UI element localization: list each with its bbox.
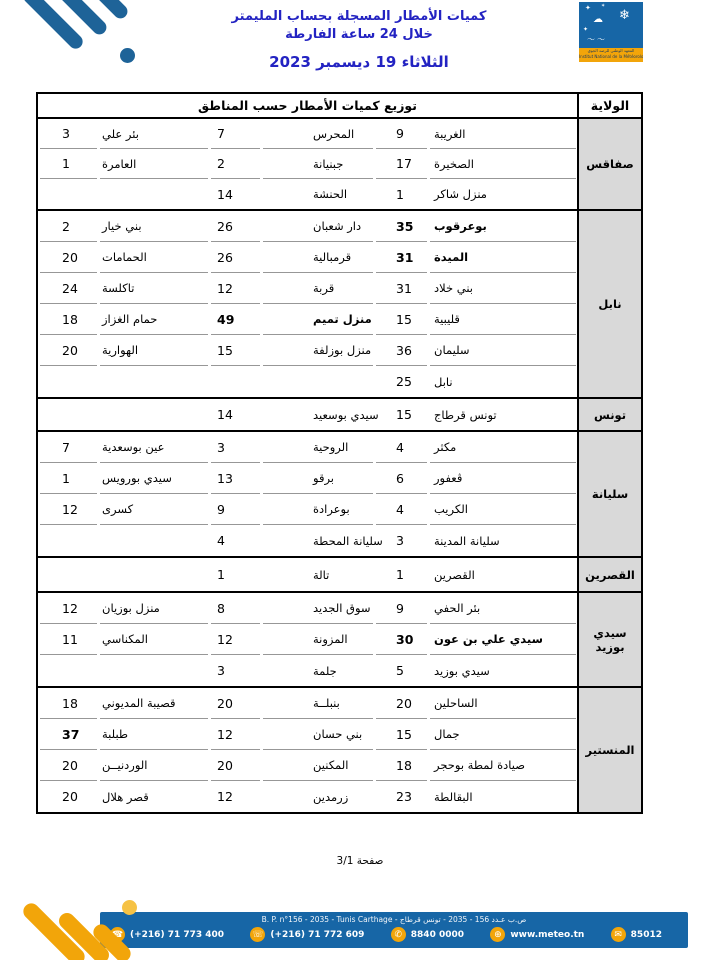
region-name: طبلبة: [100, 719, 208, 750]
inm-band-line-fr: Institut National de la Météorologie: [579, 54, 643, 60]
table-row: الصخيرة17جبنيانة2العامرة1: [38, 149, 577, 179]
rainfall-value: 15: [211, 335, 260, 366]
rainfall-value: 15: [376, 399, 427, 430]
rainfall-value: 12: [211, 719, 260, 750]
region-name: سليانة المدينة: [430, 525, 576, 556]
region-name: البقالطة: [430, 781, 576, 812]
region-name: بني حسان: [263, 719, 373, 750]
region-name: الروحية: [263, 432, 373, 463]
brand-stripes-orange-icon: [26, 898, 156, 960]
wave-icon: 〜〜: [587, 34, 607, 45]
rainfall-value: 25: [376, 366, 427, 397]
rainfall-value: 18: [40, 304, 97, 335]
globe-icon: ⊕: [490, 927, 505, 942]
region-name: الكريب: [430, 494, 576, 525]
rainfall-value: 12: [40, 494, 97, 525]
rainfall-value: 23: [376, 781, 427, 812]
cloud-icon: ☁: [593, 14, 603, 25]
stripe-dot: [120, 48, 135, 63]
stripe-dot: [122, 900, 137, 915]
rainfall-value: 1: [40, 463, 97, 494]
rainfall-value: 20: [40, 335, 97, 366]
rainfall-value: 12: [211, 273, 260, 304]
region-name: الهوارية: [100, 335, 208, 366]
rainfall-value: 9: [376, 119, 427, 149]
region-name: زرمدين: [263, 781, 373, 812]
wilaya-column-header: الولاية: [577, 94, 641, 117]
table-row: مكثر4الروحية3عين بوسعدية7: [38, 432, 577, 463]
wilaya-section: سيدي بوزيدبئر الحفي9سوق الجديد8منزل بوزي…: [38, 591, 641, 686]
rainfall-value: 4: [211, 525, 260, 556]
region-name: الحمامات: [100, 242, 208, 273]
document-header: كميات الأمطار المسجلة بحساب المليمتر خلا…: [179, 8, 539, 71]
title-line-1: كميات الأمطار المسجلة بحساب المليمتر: [179, 8, 539, 26]
rainfall-value: 20: [211, 688, 260, 719]
star-icon: ✦: [585, 4, 591, 12]
region-name: [100, 366, 208, 397]
rainfall-value: 20: [40, 781, 97, 812]
region-name: المكناسي: [100, 624, 208, 655]
region-name: الوردنيــن: [100, 750, 208, 781]
rainfall-value: 6: [376, 463, 427, 494]
rainfall-value: 2: [40, 211, 97, 242]
contact-text: www.meteo.tn: [510, 930, 584, 940]
wilaya-cell: المنستير: [577, 688, 641, 812]
region-name: تالة: [263, 558, 373, 591]
region-name: الميدة: [430, 242, 576, 273]
table-row: الغريبة9المحرس7بئر علي3: [38, 119, 577, 149]
rainfall-value: [40, 399, 97, 430]
region-name: العامرة: [100, 149, 208, 179]
address-line: B. P. n°156 - 2035 - Tunis Carthage - ص.…: [100, 912, 688, 924]
region-name: الغريبة: [430, 119, 576, 149]
rainfall-value: 31: [376, 242, 427, 273]
rainfall-value: 30: [376, 624, 427, 655]
page-number: صفحة 3/1: [300, 855, 420, 867]
rainfall-value: 4: [376, 494, 427, 525]
wilaya-section: نابلبوعرقوب35دار شعبان26بني خيار2الميدة3…: [38, 209, 641, 397]
region-name: منزل بوزيان: [100, 593, 208, 624]
rainfall-value: 36: [376, 335, 427, 366]
region-name: سيدي علي بن عون: [430, 624, 576, 655]
rainfall-value: 11: [40, 624, 97, 655]
region-name: بني خيار: [100, 211, 208, 242]
rainfall-value: 18: [376, 750, 427, 781]
rainfall-value: 18: [40, 688, 97, 719]
call-center-icon: ✆: [391, 927, 406, 942]
region-name: تاكلسة: [100, 273, 208, 304]
region-name: بئر علي: [100, 119, 208, 149]
rainfall-value: 31: [376, 273, 427, 304]
rainfall-value: 17: [376, 149, 427, 179]
region-name: ڨعفور: [430, 463, 576, 494]
rainfall-value: [40, 179, 97, 209]
rainfall-value: 8: [211, 593, 260, 624]
rainfall-value: 12: [211, 624, 260, 655]
rainfall-value: 1: [40, 149, 97, 179]
region-name: سيدي بوسعيد: [263, 399, 373, 430]
rainfall-value: 15: [376, 304, 427, 335]
region-name: قرمبالية: [263, 242, 373, 273]
title-line-2: خلال 24 ساعة الفارطة: [179, 26, 539, 44]
contacts-row: ☎(+216) 71 773 400☏(+216) 71 772 609✆884…: [100, 924, 688, 942]
table-row: الكريب4بوعرادة9كسرى12: [38, 494, 577, 525]
table-title: توزيع كميات الأمطار حسب المناطق: [38, 98, 577, 113]
rainfall-value: 26: [211, 211, 260, 242]
region-name: منزل تميم: [263, 304, 373, 335]
region-name: [100, 525, 208, 556]
rainfall-value: [211, 366, 260, 397]
table-row: ڨعفور6برقو13سيدي بورويس1: [38, 463, 577, 494]
region-name: قصيبة المديوني: [100, 688, 208, 719]
rainfall-value: 35: [376, 211, 427, 242]
table-row: صيادة لمطة بوحجر18المكنين20الوردنيــن20: [38, 750, 577, 781]
rainfall-value: 2: [211, 149, 260, 179]
region-name: قربة: [263, 273, 373, 304]
region-name: مكثر: [430, 432, 576, 463]
inm-logo-emblem: ✦ ❄ ✶ ☁ ✦ 〜〜: [579, 2, 643, 48]
contact-text: (+216) 71 772 609: [270, 930, 364, 940]
region-name: منزل شاكر: [430, 179, 576, 209]
region-name: [100, 399, 208, 430]
region-name: قصر هلال: [100, 781, 208, 812]
rainfall-value: 4: [376, 432, 427, 463]
rainfall-value: 49: [211, 304, 260, 335]
rainfall-value: 3: [211, 655, 260, 686]
wilaya-section: القصرينالقصرين1تالة1: [38, 556, 641, 591]
rainfall-value: 12: [211, 781, 260, 812]
region-name: برقو: [263, 463, 373, 494]
wilaya-section: صفاقسالغريبة9المحرس7بئر علي3الصخيرة17جبن…: [38, 119, 641, 209]
table-row: البقالطة23زرمدين12قصر هلال20: [38, 781, 577, 812]
region-name: بئر الحفي: [430, 593, 576, 624]
rainfall-value: 13: [211, 463, 260, 494]
rainfall-value: [40, 525, 97, 556]
contact-item: ☏(+216) 71 772 609: [250, 927, 364, 942]
region-name: دار شعبان: [263, 211, 373, 242]
region-name: المكنين: [263, 750, 373, 781]
brand-stripes-icon: [28, 0, 158, 76]
wilaya-cell: القصرين: [577, 558, 641, 591]
rainfall-value: 3: [376, 525, 427, 556]
region-name: المحرس: [263, 119, 373, 149]
fax-icon: ☏: [250, 927, 265, 942]
rainfall-value: 14: [211, 179, 260, 209]
wilaya-section: المنستيرالساحلين20بنبلــة20قصيبة المديون…: [38, 686, 641, 812]
region-name: تونس قرطاج: [430, 399, 576, 430]
region-name: سيدي بورويس: [100, 463, 208, 494]
contact-item: ✉85012: [611, 927, 662, 942]
footer-bar: B. P. n°156 - 2035 - Tunis Carthage - ص.…: [100, 912, 688, 948]
region-name: [100, 179, 208, 209]
inm-logo-band: المعهد الوطني للرصد الجوي Institut Natio…: [579, 48, 643, 62]
rainfall-value: 9: [211, 494, 260, 525]
region-name: بنبلــة: [263, 688, 373, 719]
wilaya-cell: صفاقس: [577, 119, 641, 209]
rainfall-value: [40, 655, 97, 686]
region-name: بني خلاد: [430, 273, 576, 304]
region-name: [263, 366, 373, 397]
region-name: جلمة: [263, 655, 373, 686]
table-row: الساحلين20بنبلــة20قصيبة المديوني18: [38, 688, 577, 719]
region-name: حمام الغزاز: [100, 304, 208, 335]
rainfall-bulletin-page: كميات الأمطار المسجلة بحساب المليمتر خلا…: [0, 0, 718, 960]
table-header-row: الولاية توزيع كميات الأمطار حسب المناطق: [38, 94, 641, 119]
rainfall-value: 20: [211, 750, 260, 781]
region-name: منزل بوزلفة: [263, 335, 373, 366]
rainfall-table: الولاية توزيع كميات الأمطار حسب المناطق …: [36, 92, 643, 814]
table-row: سليمان36منزل بوزلفة15الهوارية20: [38, 335, 577, 366]
table-row: بني خلاد31قربة12تاكلسة24: [38, 273, 577, 304]
region-name: بوعرادة: [263, 494, 373, 525]
wilaya-cell: سيدي بوزيد: [577, 593, 641, 686]
star-icon: ✶: [601, 3, 605, 9]
rainfall-value: 5: [376, 655, 427, 686]
sms-icon: ✉: [611, 927, 626, 942]
table-row: القصرين1تالة1: [38, 558, 577, 591]
region-name: الحنشة: [263, 179, 373, 209]
region-name: جبنيانة: [263, 149, 373, 179]
region-name: قليبية: [430, 304, 576, 335]
wilaya-cell: سليانة: [577, 432, 641, 556]
rainfall-value: 7: [211, 119, 260, 149]
table-row: نابل25: [38, 366, 577, 397]
table-row: سيدي علي بن عون30المزونة12المكناسي11: [38, 624, 577, 655]
table-row: جمال15بني حسان12طبلبة37: [38, 719, 577, 750]
rainfall-value: 3: [211, 432, 260, 463]
date-line: الثلاثاء 19 ديسمبر 2023: [179, 53, 539, 71]
table-body: صفاقسالغريبة9المحرس7بئر علي3الصخيرة17جبن…: [38, 119, 641, 812]
table-row: منزل شاكر1الحنشة14: [38, 179, 577, 209]
rainfall-value: [40, 558, 97, 591]
region-name: بوعرقوب: [430, 211, 576, 242]
contact-text: 85012: [631, 930, 662, 940]
region-name: سيدي بوزيد: [430, 655, 576, 686]
rainfall-value: 20: [40, 750, 97, 781]
rainfall-value: 1: [211, 558, 260, 591]
rainfall-value: 3: [40, 119, 97, 149]
wilaya-section: تونستونس قرطاج15سيدي بوسعيد14: [38, 397, 641, 430]
table-row: بئر الحفي9سوق الجديد8منزل بوزيان12: [38, 593, 577, 624]
region-name: الصخيرة: [430, 149, 576, 179]
region-name: سوق الجديد: [263, 593, 373, 624]
contact-text: 8840 0000: [411, 930, 464, 940]
region-name: [100, 655, 208, 686]
table-row: سليانة المدينة3سليانة المحطة4: [38, 525, 577, 556]
region-name: جمال: [430, 719, 576, 750]
table-row: سيدي بوزيد5جلمة3: [38, 655, 577, 686]
wilaya-cell: نابل: [577, 211, 641, 397]
star-icon: ✦: [583, 26, 588, 33]
rainfall-value: 7: [40, 432, 97, 463]
rainfall-value: 20: [376, 688, 427, 719]
rainfall-value: 1: [376, 179, 427, 209]
region-name: المزونة: [263, 624, 373, 655]
inm-logo: ✦ ❄ ✶ ☁ ✦ 〜〜 المعهد الوطني للرصد الجوي I…: [579, 2, 643, 62]
region-name: صيادة لمطة بوحجر: [430, 750, 576, 781]
region-name: القصرين: [430, 558, 576, 591]
region-name: نابل: [430, 366, 576, 397]
snowflake-icon: ❄: [619, 8, 630, 23]
region-name: كسرى: [100, 494, 208, 525]
table-row: الميدة31قرمبالية26الحمامات20: [38, 242, 577, 273]
contact-item: ⊕www.meteo.tn: [490, 927, 584, 942]
rainfall-value: 24: [40, 273, 97, 304]
rainfall-value: 26: [211, 242, 260, 273]
region-name: الساحلين: [430, 688, 576, 719]
wilaya-cell: تونس: [577, 399, 641, 430]
region-name: سليانة المحطة: [263, 525, 373, 556]
contact-item: ✆8840 0000: [391, 927, 464, 942]
region-name: سليمان: [430, 335, 576, 366]
rainfall-value: [40, 366, 97, 397]
rainfall-value: 20: [40, 242, 97, 273]
rainfall-value: 1: [376, 558, 427, 591]
table-row: بوعرقوب35دار شعبان26بني خيار2: [38, 211, 577, 242]
rainfall-value: 12: [40, 593, 97, 624]
table-row: تونس قرطاج15سيدي بوسعيد14: [38, 399, 577, 430]
rainfall-value: 37: [40, 719, 97, 750]
rainfall-value: 14: [211, 399, 260, 430]
region-name: [100, 558, 208, 591]
rainfall-value: 15: [376, 719, 427, 750]
region-name: عين بوسعدية: [100, 432, 208, 463]
rainfall-value: 9: [376, 593, 427, 624]
wilaya-section: سليانةمكثر4الروحية3عين بوسعدية7ڨعفور6برق…: [38, 430, 641, 556]
table-row: قليبية15منزل تميم49حمام الغزاز18: [38, 304, 577, 335]
